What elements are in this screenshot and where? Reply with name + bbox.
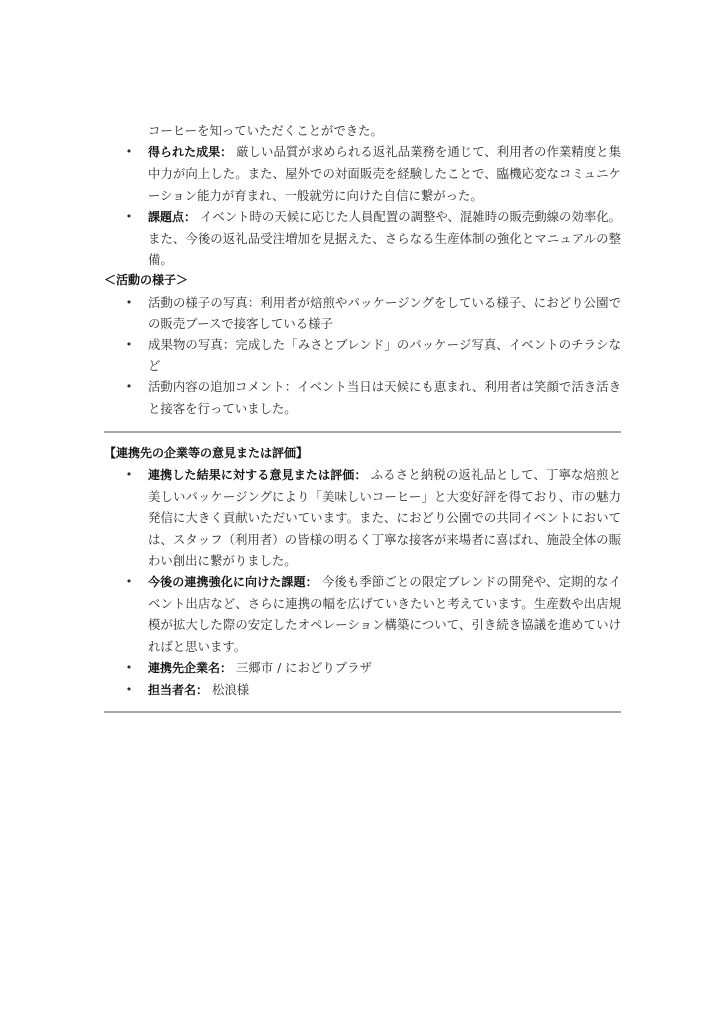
bullet-icon: • <box>124 464 134 485</box>
result-outcome: • 得られた成果： 厳しい品質が求められる返礼品業務を通じて、利用者の作業精度と… <box>104 141 621 206</box>
activity-item: • 成果物の写真：完成した「みさとブレンド」のパッケージ写真、イベントのチラシな… <box>104 334 621 376</box>
activity-item-text: 活動内容の追加コメント：イベント当日は天候にも恵まれ、利用者は笑顔で活き活きと接… <box>148 379 621 415</box>
bullet-icon: • <box>124 206 134 227</box>
activity-item-text: 活動の様子の写真：利用者が焙煎やパッケージングをしている様子、におどり公園での販… <box>148 295 621 331</box>
bullet-icon: • <box>124 657 134 678</box>
feedback-text: 松浪様 <box>208 682 249 697</box>
activity-item: • 活動内容の追加コメント：イベント当日は天候にも恵まれ、利用者は笑顔で活き活き… <box>104 376 621 418</box>
feedback-label: 連携した結果に対する意見または評価： <box>148 468 367 482</box>
feedback-item: • 連携した結果に対する意見または評価： ふるさと納税の返礼品として、丁寧な焙煎… <box>104 464 621 571</box>
issues-text: イベント時の天候に応じた人員配置の調整や、混雑時の販売動線の効率化。また、今後の… <box>148 209 621 267</box>
document-page: コーヒーを知っていただくことができた。 • 得られた成果： 厳しい品質が求められ… <box>104 120 621 713</box>
feedback-item: • 連携先企業名： 三郷市 / におどりプラザ <box>104 657 621 679</box>
feedback-label: 担当者名： <box>148 683 208 697</box>
issues-label: 課題点： <box>148 210 196 224</box>
activity-item-text: 成果物の写真：完成した「みさとブレンド」のパッケージ写真、イベントのチラシなど <box>148 337 621 373</box>
activity-heading: ＜活動の様子＞ <box>104 270 621 291</box>
bullet-icon: • <box>124 679 134 700</box>
bullet-icon: • <box>124 141 134 162</box>
activity-item: • 活動の様子の写真：利用者が焙煎やパッケージングをしている様子、におどり公園で… <box>104 292 621 334</box>
bullet-icon: • <box>124 571 134 592</box>
continuation-text: コーヒーを知っていただくことができた。 <box>104 120 621 141</box>
section-divider <box>104 711 621 713</box>
partner-feedback-heading: 【連携先の企業等の意見または評価】 <box>104 443 621 464</box>
feedback-label: 今後の連携強化に向けた課題： <box>148 575 318 589</box>
feedback-item: • 担当者名： 松浪様 <box>104 679 621 701</box>
bullet-icon: • <box>124 376 134 397</box>
feedback-text: 三郷市 / におどりプラザ <box>232 660 372 675</box>
outcome-label: 得られた成果： <box>148 145 232 159</box>
bullet-icon: • <box>124 334 134 355</box>
feedback-text: ふるさと納税の返礼品として、丁寧な焙煎と美しいパッケージングにより「美味しいコー… <box>148 467 621 568</box>
feedback-label: 連携先企業名： <box>148 661 232 675</box>
result-issues: • 課題点： イベント時の天候に応じた人員配置の調整や、混雑時の販売動線の効率化… <box>104 206 621 271</box>
bullet-icon: • <box>124 292 134 313</box>
feedback-item: • 今後の連携強化に向けた課題： 今後も季節ごとの限定ブレンドの開発や、定期的な… <box>104 571 621 657</box>
